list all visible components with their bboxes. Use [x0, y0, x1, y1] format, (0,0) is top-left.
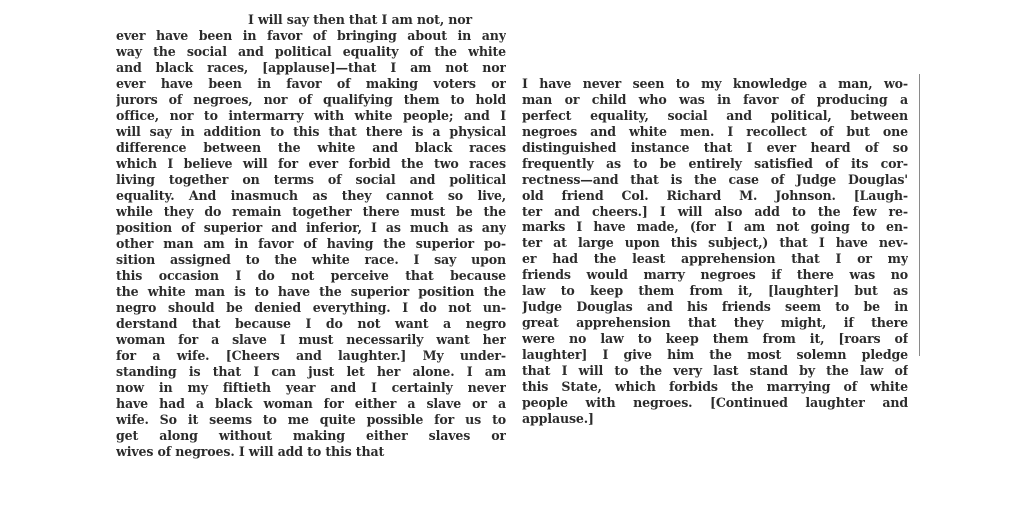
text-line: man or child who was in favor of produci…: [522, 92, 908, 108]
text-line: other man am in favor of having the supe…: [116, 236, 506, 252]
text-line: now in my fiftieth year and I certainly …: [116, 380, 506, 396]
text-line: the white man is to have the superior po…: [116, 284, 506, 300]
text-line: sition assigned to the white race. I say…: [116, 252, 506, 268]
text-line: old friend Col. Richard M. Johnson. [Lau…: [522, 188, 908, 204]
text-line: great apprehension that they might, if t…: [522, 315, 908, 331]
text-line: marks I have made, (for I am not going t…: [522, 219, 908, 235]
text-line: wife. So it seems to me quite possible f…: [116, 412, 506, 428]
text-line: negro should be denied everything. I do …: [116, 300, 506, 316]
text-line: ter at large upon this subject,) that I …: [522, 235, 908, 251]
text-line: laughter] I give him the most solemn ple…: [522, 347, 908, 363]
text-line: derstand that because I do not want a ne…: [116, 316, 506, 332]
text-line: difference between the white and black r…: [116, 140, 506, 156]
text-line: Judge Douglas and his friends seem to be…: [522, 299, 908, 315]
text-line: ter and cheers.] I will also add to the …: [522, 204, 908, 220]
text-line: perfect equality, social and political, …: [522, 108, 908, 124]
text-line: wives of negroes. I will add to this tha…: [116, 444, 506, 460]
text-line: applause.]: [522, 411, 908, 427]
text-line: living together on terms of social and p…: [116, 172, 506, 188]
text-line: I have never seen to my knowledge a man,…: [522, 76, 908, 92]
text-line: ever have been in favor of making voters…: [116, 76, 506, 92]
text-line: rectness—and that is the case of Judge D…: [522, 172, 908, 188]
text-line: which I believe will for ever forbid the…: [116, 156, 506, 172]
text-line: friends would marry negroes if there was…: [522, 267, 908, 283]
text-line: will say in addition to this that there …: [116, 124, 506, 140]
column-rule: [919, 74, 920, 356]
text-line: standing is that I can just let her alon…: [116, 364, 506, 380]
text-line: distinguished instance that I ever heard…: [522, 140, 908, 156]
text-line: way the social and political equality of…: [116, 44, 506, 60]
text-line: jurors of negroes, nor of qualifying the…: [116, 92, 506, 108]
left-text-column: I will say then that I am not, norever h…: [116, 12, 506, 460]
text-line: have had a black woman for either a slav…: [116, 396, 506, 412]
text-line: I will say then that I am not, nor: [116, 12, 506, 28]
text-line: frequently as to be entirely satisfied o…: [522, 156, 908, 172]
newspaper-clipping: I will say then that I am not, norever h…: [0, 0, 1024, 512]
text-line: law to keep them from it, [laughter] but…: [522, 283, 908, 299]
text-line: ever have been in favor of bringing abou…: [116, 28, 506, 44]
text-line: that I will to the very last stand by th…: [522, 363, 908, 379]
right-text-column: I have never seen to my knowledge a man,…: [522, 76, 908, 427]
text-line: er had the least apprehension that I or …: [522, 251, 908, 267]
text-line: were no law to keep them from it, [roars…: [522, 331, 908, 347]
text-line: this State, which forbids the marrying o…: [522, 379, 908, 395]
text-line: while they do remain together there must…: [116, 204, 506, 220]
text-line: negroes and white men. I recollect of bu…: [522, 124, 908, 140]
text-line: this occasion I do not perceive that bec…: [116, 268, 506, 284]
text-line: position of superior and inferior, I as …: [116, 220, 506, 236]
text-line: for a wife. [Cheers and laughter.] My un…: [116, 348, 506, 364]
text-line: and black races, [applause]—that I am no…: [116, 60, 506, 76]
text-line: woman for a slave I must necessarily wan…: [116, 332, 506, 348]
text-line: get along without making either slaves o…: [116, 428, 506, 444]
text-line: office, nor to intermarry with white peo…: [116, 108, 506, 124]
text-line: people with negroes. [Continued laughter…: [522, 395, 908, 411]
text-line: equality. And inasmuch as they cannot so…: [116, 188, 506, 204]
